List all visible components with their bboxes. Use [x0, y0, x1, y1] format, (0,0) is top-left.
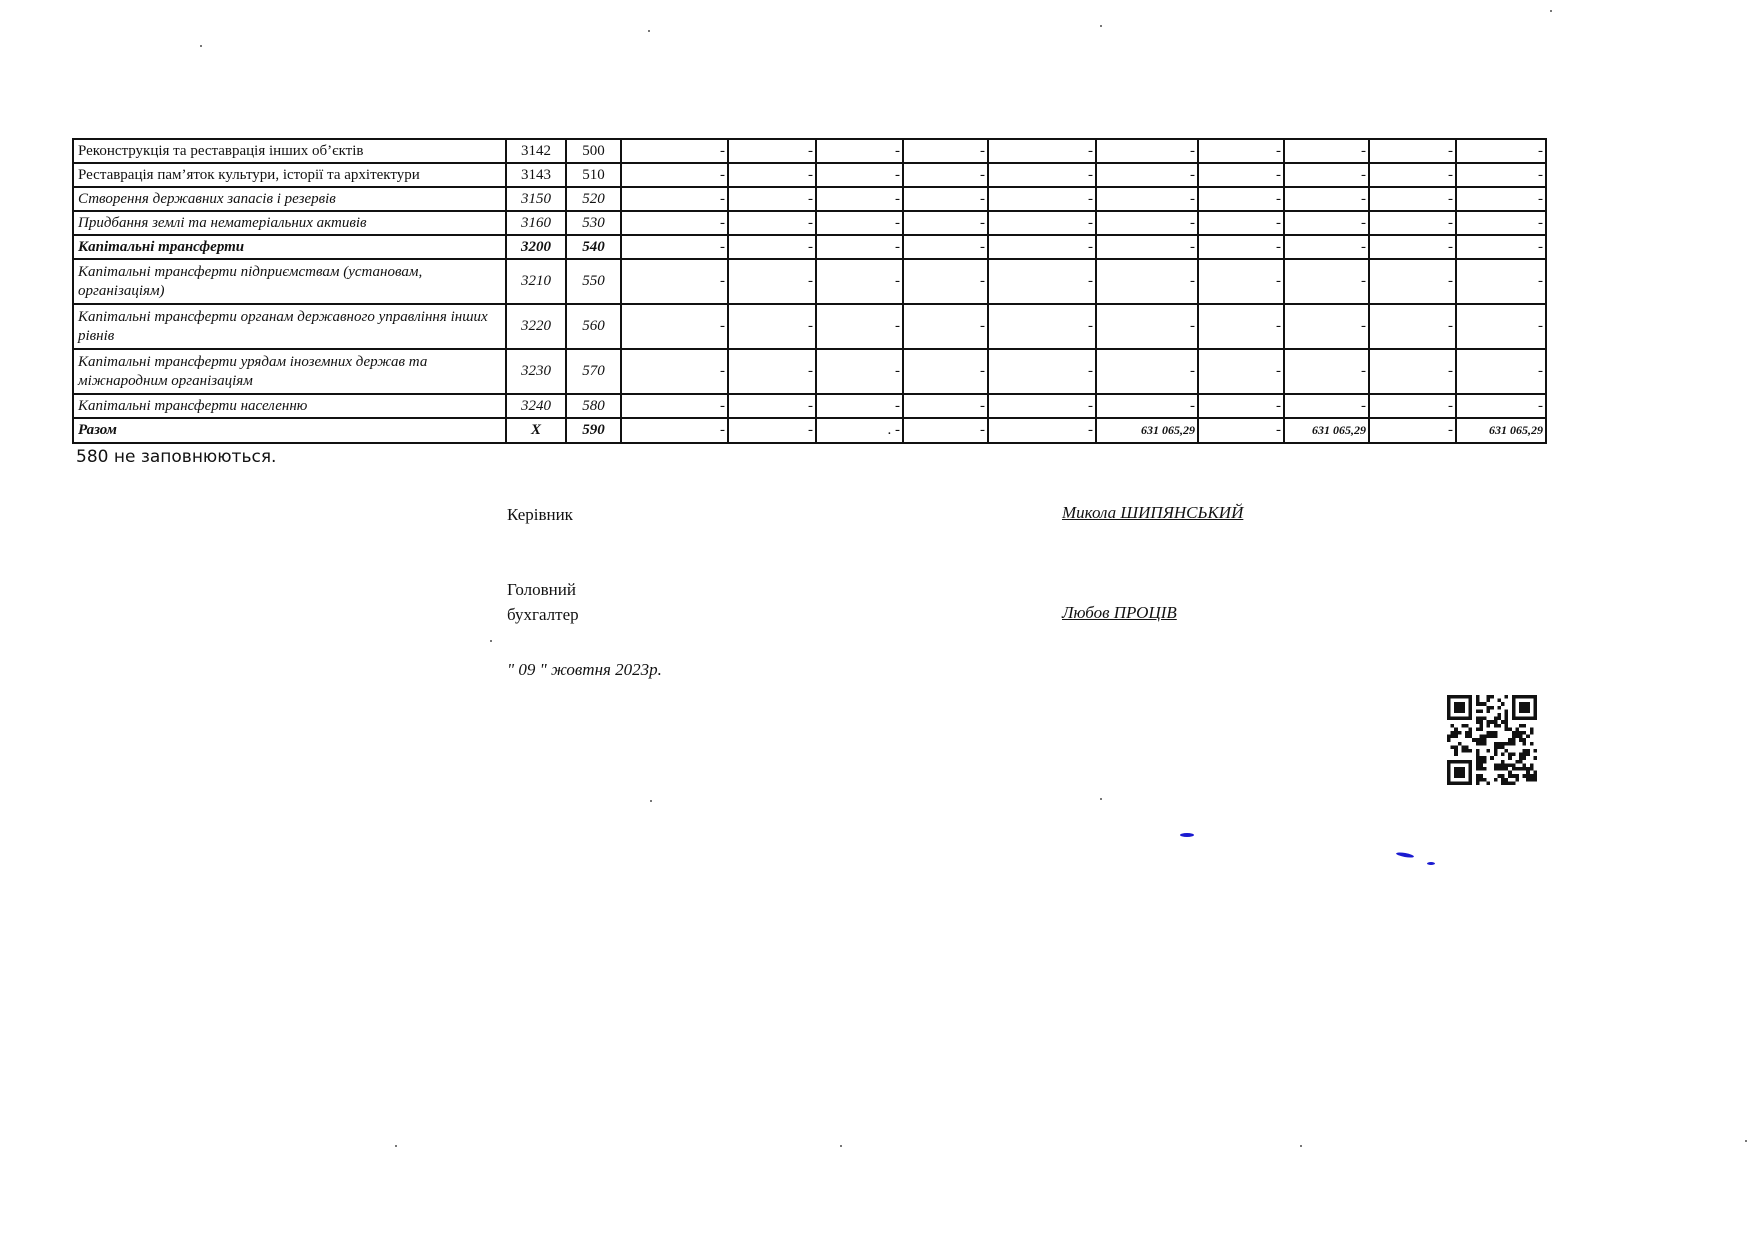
row-name: Капітальні трансферти	[73, 235, 506, 259]
value-cell: -	[1369, 139, 1456, 163]
value-cell: -	[621, 163, 728, 187]
accountant-label-line1: Головний	[507, 580, 576, 600]
capital-expenditures-table: Реконструкція та реставрація інших об’єк…	[72, 138, 1547, 444]
value-cell: -	[1198, 349, 1284, 394]
line-code: 530	[566, 211, 621, 235]
value-cell: -	[1456, 394, 1546, 418]
head-name: Микола ШИПЯНСЬКИЙ	[1062, 503, 1243, 523]
table-row: Реставрація пам’яток культури, історії т…	[73, 163, 1546, 187]
value-cell: -	[903, 259, 988, 304]
scan-speck	[490, 640, 492, 642]
row-name: Реконструкція та реставрація інших об’єк…	[73, 139, 506, 163]
scan-speck	[1550, 10, 1552, 12]
value-cell: -	[1198, 394, 1284, 418]
economic-code: 3220	[506, 304, 566, 349]
value-cell: -	[1369, 304, 1456, 349]
value-cell: -	[903, 187, 988, 211]
line-code: 550	[566, 259, 621, 304]
value-cell: -	[903, 163, 988, 187]
row-name: Капітальні трансферти урядам іноземних д…	[73, 349, 506, 394]
value-cell: 631 065,29	[1456, 418, 1546, 443]
value-cell: -	[1369, 394, 1456, 418]
economic-code: 3142	[506, 139, 566, 163]
value-cell: -	[816, 235, 903, 259]
value-cell: -	[816, 163, 903, 187]
line-code: 560	[566, 304, 621, 349]
value-cell: -	[1284, 259, 1369, 304]
row-name: Разом	[73, 418, 506, 443]
value-cell: -	[1096, 187, 1198, 211]
value-cell: -	[816, 304, 903, 349]
line-code: 540	[566, 235, 621, 259]
row-name: Створення державних запасів і резервів	[73, 187, 506, 211]
value-cell: -	[1096, 211, 1198, 235]
head-label: Керівник	[507, 505, 573, 525]
value-cell: -	[1456, 235, 1546, 259]
value-cell: -	[1284, 235, 1369, 259]
line-code: 520	[566, 187, 621, 211]
value-cell: -	[728, 418, 816, 443]
value-cell: -	[1456, 211, 1546, 235]
value-cell: -	[1198, 259, 1284, 304]
value-cell: -	[621, 349, 728, 394]
value-cell: -	[816, 187, 903, 211]
value-cell: -	[988, 139, 1096, 163]
scan-speck	[648, 30, 650, 32]
value-cell: -	[728, 139, 816, 163]
footnote: 580 не заповнюються.	[76, 447, 276, 467]
value-cell: -	[1284, 163, 1369, 187]
value-cell: -	[988, 349, 1096, 394]
value-cell: -	[728, 187, 816, 211]
value-cell: -	[1096, 235, 1198, 259]
value-cell: -	[816, 349, 903, 394]
value-cell: -	[1284, 349, 1369, 394]
value-cell: -	[1096, 139, 1198, 163]
row-name: Капітальні трансферти населенню	[73, 394, 506, 418]
value-cell: -	[1369, 235, 1456, 259]
value-cell: -	[1369, 259, 1456, 304]
value-cell: -	[621, 187, 728, 211]
table-row: Капітальні трансферти органам державного…	[73, 304, 1546, 349]
value-cell: -	[1284, 187, 1369, 211]
economic-code: 3200	[506, 235, 566, 259]
value-cell: -	[1369, 418, 1456, 443]
economic-code: 3240	[506, 394, 566, 418]
value-cell: -	[903, 394, 988, 418]
value-cell: -	[621, 139, 728, 163]
value-cell: -	[988, 304, 1096, 349]
row-name: Реставрація пам’яток культури, історії т…	[73, 163, 506, 187]
scan-speck	[840, 1145, 842, 1147]
value-cell: -	[903, 304, 988, 349]
value-cell: -	[621, 304, 728, 349]
table-row: РазомX590--. ---631 065,29-631 065,29-63…	[73, 418, 1546, 443]
value-cell: -	[1198, 211, 1284, 235]
value-cell: -	[903, 418, 988, 443]
value-cell: -	[728, 211, 816, 235]
value-cell: -	[903, 211, 988, 235]
value-cell: -	[621, 394, 728, 418]
scan-speck	[1300, 1145, 1302, 1147]
value-cell: . -	[816, 418, 903, 443]
value-cell: -	[728, 259, 816, 304]
value-cell: -	[988, 394, 1096, 418]
value-cell: -	[1284, 394, 1369, 418]
economic-code: 3230	[506, 349, 566, 394]
value-cell: -	[1456, 163, 1546, 187]
economic-code: 3210	[506, 259, 566, 304]
line-code: 500	[566, 139, 621, 163]
value-cell: -	[1456, 259, 1546, 304]
value-cell: -	[1369, 163, 1456, 187]
table-row: Капітальні трансферти3200540----------	[73, 235, 1546, 259]
scan-speck	[395, 1145, 397, 1147]
value-cell: -	[1096, 259, 1198, 304]
accountant-name: Любов ПРОЦІВ	[1062, 603, 1177, 623]
economic-code: X	[506, 418, 566, 443]
line-code: 590	[566, 418, 621, 443]
economic-code: 3160	[506, 211, 566, 235]
value-cell: -	[728, 163, 816, 187]
value-cell: -	[903, 235, 988, 259]
ink-mark	[1396, 851, 1414, 858]
scan-speck	[1100, 798, 1102, 800]
document-date: " 09 " жовтня 2023р.	[507, 660, 662, 680]
value-cell: -	[988, 235, 1096, 259]
value-cell: -	[1284, 304, 1369, 349]
line-code: 580	[566, 394, 621, 418]
row-name: Капітальні трансферти органам державного…	[73, 304, 506, 349]
value-cell: -	[1096, 163, 1198, 187]
row-name: Капітальні трансферти підприємствам (уст…	[73, 259, 506, 304]
value-cell: -	[1284, 139, 1369, 163]
value-cell: -	[728, 349, 816, 394]
value-cell: -	[1096, 304, 1198, 349]
scan-speck	[1745, 1140, 1747, 1142]
value-cell: -	[1369, 187, 1456, 211]
table-row: Реконструкція та реставрація інших об’єк…	[73, 139, 1546, 163]
value-cell: -	[1198, 304, 1284, 349]
value-cell: -	[621, 259, 728, 304]
value-cell: -	[1096, 349, 1198, 394]
scan-speck	[200, 45, 202, 47]
value-cell: -	[1456, 349, 1546, 394]
table-row: Капітальні трансферти підприємствам (уст…	[73, 259, 1546, 304]
qr-code-icon	[1447, 692, 1537, 788]
value-cell: -	[621, 235, 728, 259]
value-cell: -	[621, 211, 728, 235]
value-cell: -	[1456, 304, 1546, 349]
accountant-label-line2: бухгалтер	[507, 605, 579, 625]
value-cell: -	[1096, 394, 1198, 418]
value-cell: -	[816, 211, 903, 235]
value-cell: -	[1369, 349, 1456, 394]
value-cell: -	[728, 394, 816, 418]
value-cell: -	[1198, 139, 1284, 163]
value-cell: -	[988, 211, 1096, 235]
table-row: Капітальні трансферти населенню3240580--…	[73, 394, 1546, 418]
scan-speck	[650, 800, 652, 802]
value-cell: -	[988, 187, 1096, 211]
line-code: 570	[566, 349, 621, 394]
value-cell: -	[903, 349, 988, 394]
value-cell: -	[621, 418, 728, 443]
line-code: 510	[566, 163, 621, 187]
value-cell: 631 065,29	[1284, 418, 1369, 443]
value-cell: -	[1369, 211, 1456, 235]
value-cell: -	[816, 394, 903, 418]
value-cell: 631 065,29	[1096, 418, 1198, 443]
value-cell: -	[816, 259, 903, 304]
row-name: Придбання землі та нематеріальних активі…	[73, 211, 506, 235]
value-cell: -	[1198, 163, 1284, 187]
scan-speck	[1100, 25, 1102, 27]
value-cell: -	[903, 139, 988, 163]
value-cell: -	[988, 418, 1096, 443]
table-row: Придбання землі та нематеріальних активі…	[73, 211, 1546, 235]
value-cell: -	[1198, 235, 1284, 259]
value-cell: -	[1198, 418, 1284, 443]
value-cell: -	[1456, 139, 1546, 163]
ink-mark	[1427, 862, 1435, 865]
ink-mark	[1180, 833, 1194, 837]
value-cell: -	[1198, 187, 1284, 211]
value-cell: -	[728, 235, 816, 259]
value-cell: -	[988, 259, 1096, 304]
value-cell: -	[816, 139, 903, 163]
table-row: Створення державних запасів і резервів31…	[73, 187, 1546, 211]
economic-code: 3150	[506, 187, 566, 211]
economic-code: 3143	[506, 163, 566, 187]
value-cell: -	[1284, 211, 1369, 235]
table-row: Капітальні трансферти урядам іноземних д…	[73, 349, 1546, 394]
value-cell: -	[728, 304, 816, 349]
value-cell: -	[988, 163, 1096, 187]
value-cell: -	[1456, 187, 1546, 211]
